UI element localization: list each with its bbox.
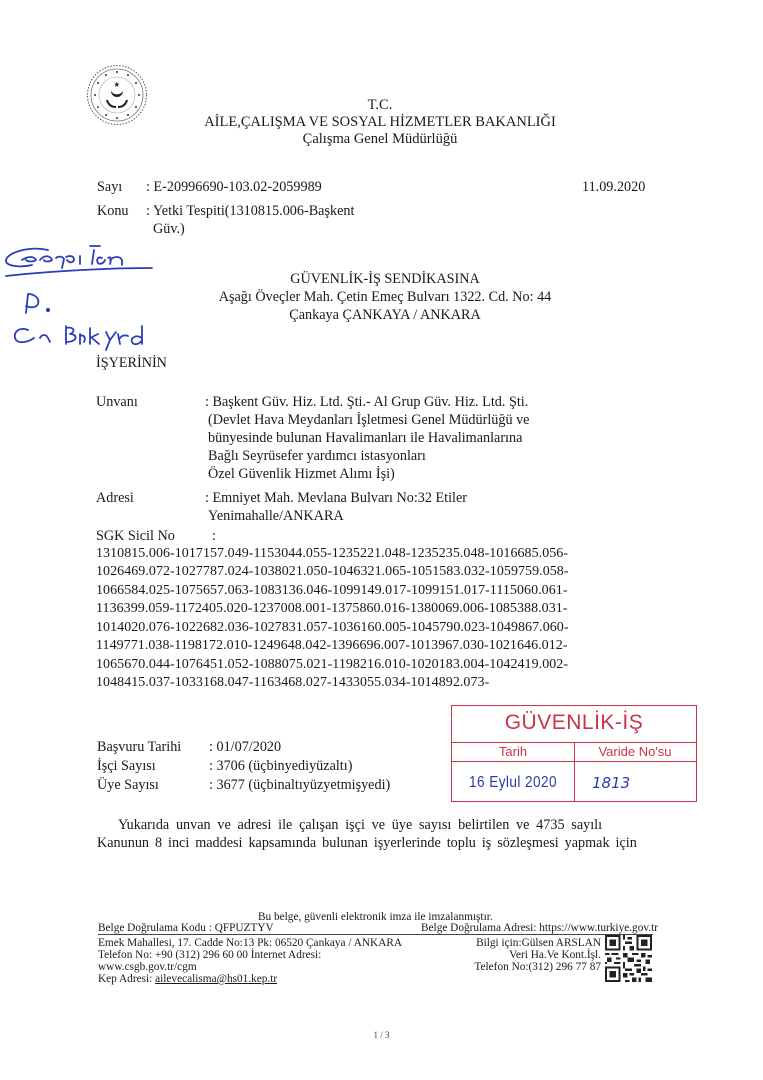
kep-email-link[interactable]: ailevecalisma@hs01.kep.tr	[155, 973, 277, 985]
received-stamp: GÜVENLİK-İŞ Tarih Varide No'su 16 Eylul …	[451, 705, 697, 802]
info-phone: Telefon No:(312) 296 77 87	[474, 961, 601, 974]
sgk-label: SGK Sicil No	[96, 527, 175, 545]
uye-value: : 3677 (üçbinaltıyüzyetmişyedi)	[209, 776, 390, 794]
directorate-name: Çalışma Genel Müdürlüğü	[150, 130, 610, 148]
sgk-number-line: 1310815.006-1017157.049-1153044.055-1235…	[96, 545, 568, 563]
sgk-number-line: 1065670.044-1076451.052-1088075.021-1198…	[96, 656, 568, 674]
stamp-date-label: Tarih	[452, 744, 574, 760]
sgk-number-line: 1026469.072-1027787.024-1038021.050-1046…	[96, 563, 569, 581]
sayi-value: : E-20996690-103.02-2059989	[146, 178, 322, 196]
sgk-number-line: 1149771.038-1198172.010-1249648.042-1396…	[96, 637, 568, 655]
recipient-address-1: Aşağı Öveçler Mah. Çetin Emeç Bulvarı 13…	[150, 288, 620, 306]
qr-code-icon[interactable]	[605, 935, 652, 982]
unvan-line: Bağlı Seyrüsefer yardımcı istasyonları	[208, 447, 426, 465]
info-dept: Veri Ha.Ve Kont.İşl.	[509, 949, 601, 962]
unvan-label: Unvanı	[96, 393, 138, 411]
page-number: 1 / 3	[0, 1030, 763, 1040]
footer-address-2: Telefon No: +90 (312) 296 60 00 İnternet…	[98, 949, 321, 962]
workplace-heading: İŞYERİNİN	[96, 354, 167, 372]
sayi-label: Sayı	[97, 178, 122, 196]
info-contact: Bilgi için:Gülsen ARSLAN	[476, 937, 601, 950]
stamp-number-value: 1813	[592, 772, 630, 794]
sgk-number-line: 1066584.025-1075657.063-1083136.046-1099…	[96, 582, 568, 600]
adres-label: Adresi	[96, 489, 134, 507]
isci-value: : 3706 (üçbinyediyüzaltı)	[209, 757, 352, 775]
document-date: 11.09.2020	[582, 178, 645, 196]
sgk-number-line: 1048415.037-1033168.047-1163468.027-1433…	[96, 674, 489, 692]
sgk-colon: :	[212, 527, 216, 545]
recipient-address-2: Çankaya ÇANKAYA / ANKARA	[200, 306, 570, 324]
recipient-name: GÜVENLİK-İŞ SENDİKASINA	[200, 270, 570, 288]
isci-label: İşçi Sayısı	[97, 757, 156, 775]
footer-kep: Kep Adresi: ailevecalisma@hs01.kep.tr	[98, 973, 277, 986]
ministry-name: AİLE,ÇALIŞMA VE SOSYAL HİZMETLER BAKANLI…	[150, 113, 610, 131]
adres-line: : Emniyet Mah. Mevlana Bulvarı No:32 Eti…	[205, 489, 467, 507]
verify-address[interactable]: Belge Doğrulama Adresi: https://www.turk…	[421, 922, 658, 935]
stamp-title: GÜVENLİK-İŞ	[452, 709, 696, 737]
header-tc: T.C.	[150, 96, 610, 114]
konu-value: : Yetki Tespiti(1310815.006-Başkent	[146, 202, 354, 220]
basvuru-value: : 01/07/2020	[209, 738, 281, 756]
body-paragraph-line2: Kanunun 8 inci maddesi kapsamında buluna…	[97, 834, 658, 852]
stamp-date-value: 16 Eylul 2020	[461, 772, 565, 794]
verify-code: Belge Doğrulama Kodu : QFPUZTYV	[98, 922, 274, 935]
footer-website[interactable]: www.csgb.gov.tr/cgm	[98, 961, 197, 974]
adres-line: Yenimahalle/ANKARA	[208, 507, 344, 525]
body-paragraph-line1: Yukarıda unvan ve adresi ile çalışan işç…	[118, 816, 658, 834]
basvuru-label: Başvuru Tarihi	[97, 738, 181, 756]
footer-address-1: Emek Mahallesi, 17. Cadde No:13 Pk: 0652…	[98, 937, 402, 950]
stamp-number-label: Varide No'su	[574, 744, 696, 760]
handwritten-note: Gereği İçin	[0, 238, 170, 358]
unvan-line: Özel Güvenlik Hizmet Alımı İşi)	[208, 465, 395, 483]
konu-label: Konu	[97, 202, 129, 220]
sgk-number-line: 1014020.076-1022682.036-1027831.057-1036…	[96, 619, 569, 637]
unvan-line: : Başkent Güv. Hiz. Ltd. Şti.- Al Grup G…	[205, 393, 528, 411]
ministry-seal-icon	[86, 64, 148, 126]
uye-label: Üye Sayısı	[97, 776, 159, 794]
unvan-line: bünyesinde bulunan Havalimanları ile Hav…	[208, 429, 522, 447]
unvan-line: (Devlet Hava Meydanları İşletmesi Genel …	[208, 411, 529, 429]
konu-value-cont: Güv.)	[153, 220, 185, 238]
footer-divider	[98, 934, 653, 935]
sgk-number-line: 1136399.059-1172405.020-1237008.001-1375…	[96, 600, 568, 618]
kep-label: Kep Adresi:	[98, 973, 155, 985]
